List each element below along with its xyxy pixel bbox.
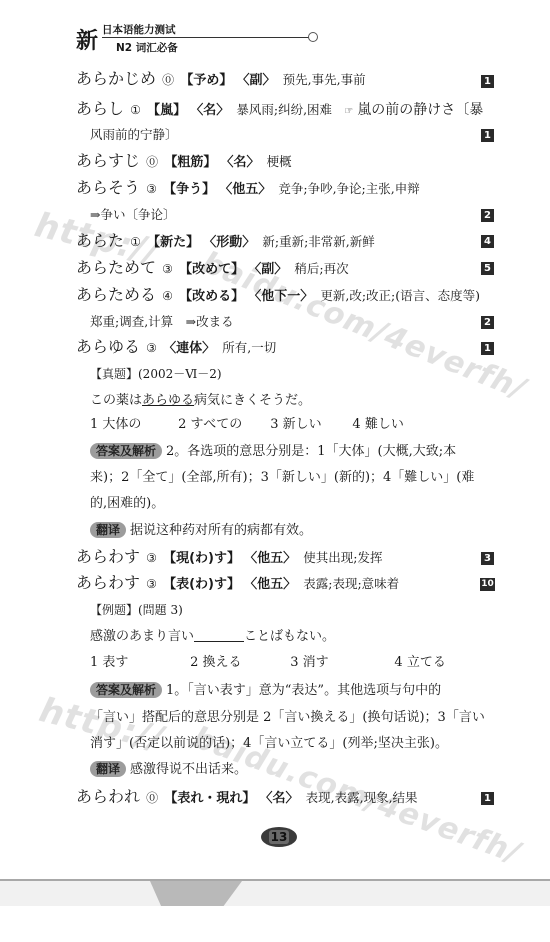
entry-araware: あらわれ ⓪ 【表れ・現れ】 〈名〉 表现,表露,现象,结果 <box>76 786 496 808</box>
part-of-speech: 〈形動〉 <box>203 235 255 250</box>
entry-arasuji: あらすじ ⓪ 【粗筋】 〈名〉 梗概 <box>76 150 496 172</box>
kanji: 【改める】 <box>179 289 244 304</box>
entry-arashi-continuation: 风雨前的宁静〕 <box>90 124 510 146</box>
level-badge: 5 <box>481 262 494 275</box>
headword: あらた <box>76 231 124 250</box>
headword: あらすじ <box>76 151 140 170</box>
entry-arasou-continuation: ⇒争い〔争论〕 <box>90 204 510 226</box>
answer-explanation-cont: 消す」(否定以前说的话)；4「言い立てる」(列举;坚决主张)。 <box>90 733 510 755</box>
part-of-speech: 〈他五〉 <box>244 551 296 566</box>
accent-mark: ① <box>130 103 141 117</box>
definition-continuation: 郑重;调查,计算 ⇒改まる <box>90 314 234 329</box>
sentence-part: 感激のあまり言い <box>90 629 194 644</box>
related-word: ⇒争い〔争论〕 <box>90 207 175 222</box>
level-badge: 10 <box>480 578 495 591</box>
entry-arayuru: あらゆる ③ 〈連体〉 所有,一切 <box>76 336 496 358</box>
accent-mark: ⓪ <box>146 791 158 805</box>
definition: 使其出现;发挥 <box>303 550 382 565</box>
header-xin: 新 <box>76 24 98 55</box>
translation: 翻译据说这种药对所有的病都有效。 <box>90 520 510 542</box>
kanji: 【現(わ)す】 <box>163 551 240 566</box>
kanji: 【粗筋】 <box>164 155 216 170</box>
accent-mark: ③ <box>146 551 157 565</box>
answer-explanation: 答案及解析2。各选项的意思分别是：1「大体」(大概,大致;本 <box>90 441 510 463</box>
answer-options: 1 大体の 2 すべての 3 新しい 4 難しい <box>90 414 510 436</box>
answer-options: 1 表す 2 換える 3 消す 4 立てる <box>90 652 510 674</box>
translation-tag: 翻译 <box>90 761 126 777</box>
example-question-label: 【例题】(問題 3) <box>90 599 510 621</box>
headword: あらそう <box>76 178 140 197</box>
accent-mark: ① <box>130 235 141 249</box>
translation-text: 感激得说不出话来。 <box>130 762 247 777</box>
book-title: N2 词汇必备 <box>116 40 178 55</box>
entry-arata: あらた ① 【新た】 〈形動〉 新;重新;非常新,新鲜 <box>76 230 496 252</box>
entry-aratameru-continuation: 郑重;调查,计算 ⇒改まる <box>90 311 510 333</box>
answer-blank <box>194 627 244 642</box>
accent-mark: ③ <box>146 341 157 355</box>
headword: あらし <box>76 99 124 118</box>
option-2: 2 すべての <box>178 414 266 436</box>
option-3: 3 消す <box>290 652 390 674</box>
definition: 稍后;再次 <box>294 261 348 276</box>
kanji: 【改めて】 <box>179 262 244 277</box>
part-of-speech: 〈連体〉 <box>163 341 215 356</box>
kanji: 【予め】 <box>180 73 232 88</box>
entry-arakajime: あらかじめ ⓪ 【予め】 〈副〉 预先,事先,事前 <box>76 68 496 90</box>
series-title: 日本语能力测试 <box>102 22 176 37</box>
sentence-part: 病気にきくそうだ。 <box>194 393 311 408</box>
definition: 更新,改;改正;(语言、态度等) <box>320 288 480 303</box>
translation-text: 据说这种药对所有的病都有效。 <box>130 523 312 538</box>
part-of-speech: 〈他五〉 <box>244 577 296 592</box>
part-of-speech: 〈副〉 <box>236 73 275 88</box>
explanation-text: 2。各选项的意思分别是：1「大体」(大概,大致;本 <box>166 444 456 459</box>
entry-arawasu-2: あらわす ③ 【表(わ)す】 〈他五〉 表露;表现;意味着 <box>76 572 496 594</box>
kanji: 【嵐】 <box>147 103 186 118</box>
definition: 梗概 <box>267 154 292 169</box>
answer-explanation: 答案及解析1。「言い表す」意为“表达”。其他选项与句中的 <box>90 680 510 702</box>
part-of-speech: 〈名〉 <box>220 155 259 170</box>
header-rule <box>102 37 312 38</box>
part-of-speech: 〈他下一〉 <box>248 289 313 304</box>
level-badge: 1 <box>481 342 494 355</box>
accent-mark: ③ <box>146 182 157 196</box>
level-badge: 2 <box>481 316 494 329</box>
headword: あらためて <box>76 258 156 277</box>
translation: 翻译感激得说不出话来。 <box>90 759 510 781</box>
level-badge: 2 <box>481 209 494 222</box>
translation-tag: 翻译 <box>90 522 126 538</box>
page-number: 13 <box>269 830 290 844</box>
entry-aratamete: あらためて ③ 【改めて】 〈副〉 稍后;再次 <box>76 257 496 279</box>
level-badge: 1 <box>481 75 494 88</box>
option-1: 1 表す <box>90 652 186 674</box>
entry-arawasu-1: あらわす ③ 【現(わ)す】 〈他五〉 使其出现;发挥 <box>76 546 496 568</box>
question-sentence: 感激のあまり言いことばもない。 <box>90 626 510 648</box>
level-badge: 1 <box>481 792 494 805</box>
definition: 竞争;争吵,争论;主张,申辩 <box>278 181 419 196</box>
option-4: 4 立てる <box>394 652 445 674</box>
option-4: 4 難しい <box>352 414 403 436</box>
option-2: 2 換える <box>190 652 286 674</box>
kanji: 【表(わ)す】 <box>163 577 240 592</box>
answer-explanation-cont: 的,困难的)。 <box>90 493 510 515</box>
accent-mark: ⓪ <box>146 155 158 169</box>
kanji: 【表れ・現れ】 <box>164 791 255 806</box>
question-sentence: この薬はあらゆる病気にきくそうだ。 <box>90 390 510 412</box>
answer-tag: 答案及解析 <box>90 682 162 698</box>
headword: あらわす <box>76 573 140 592</box>
answer-tag: 答案及解析 <box>90 443 162 459</box>
entry-arasou: あらそう ③ 【争う】 〈他五〉 竞争;争吵,争论;主张,申辩 <box>76 177 496 199</box>
definition: 暴风雨;纠纷,困难 <box>236 102 332 117</box>
option-1: 1 大体の <box>90 414 174 436</box>
accent-mark: ⓪ <box>162 73 174 87</box>
definition: 表露;表现;意味着 <box>303 576 399 591</box>
explanation-text: 1。「言い表す」意为“表达”。其他选项与句中的 <box>166 683 441 698</box>
underlined-word: あらゆる <box>142 393 194 408</box>
headword: あらためる <box>76 285 156 304</box>
definition: 表现,表露,现象,结果 <box>306 790 418 805</box>
entry-arashi: あらし ① 【嵐】 〈名〉 暴风雨;纠纷,困难 ☞ 嵐の前の静けさ〔暴 <box>76 98 496 120</box>
part-of-speech: 〈副〉 <box>248 262 287 277</box>
accent-mark: ④ <box>162 289 173 303</box>
headword: あらゆる <box>76 337 140 356</box>
part-of-speech: 〈名〉 <box>190 103 229 118</box>
part-of-speech: 〈他五〉 <box>219 182 271 197</box>
book-page: 新 日本语能力测试 N2 词汇必备 http:// baidu.com/4eve… <box>0 0 550 942</box>
definition: 所有,一切 <box>222 340 276 355</box>
example-phrase: 嵐の前の静けさ〔暴 <box>357 102 483 118</box>
header-rule-end-icon <box>308 32 318 42</box>
part-of-speech: 〈名〉 <box>259 791 298 806</box>
example-pointer-icon: ☞ <box>344 106 353 117</box>
level-badge: 4 <box>481 235 494 248</box>
kanji: 【争う】 <box>163 182 215 197</box>
level-badge: 1 <box>481 129 494 142</box>
kanji: 【新た】 <box>147 235 199 250</box>
accent-mark: ③ <box>162 262 173 276</box>
headword: あらわす <box>76 547 140 566</box>
sentence-part: ことばもない。 <box>244 629 335 644</box>
definition-continuation: 风雨前的宁静〕 <box>90 127 178 142</box>
level-badge: 3 <box>481 552 494 565</box>
headword: あらわれ <box>76 787 140 806</box>
page-number-badge: 13 <box>261 827 297 847</box>
answer-explanation-cont: 来)；2「全て」(全部,所有)；3「新しい」(新的)；4「難しい」(难 <box>90 467 510 489</box>
option-3: 3 新しい <box>270 414 348 436</box>
definition: 新;重新;非常新,新鲜 <box>262 234 374 249</box>
definition: 预先,事先,事前 <box>283 72 366 87</box>
entry-aratameru: あらためる ④ 【改める】 〈他下一〉 更新,改;改正;(语言、态度等) <box>76 284 496 306</box>
exam-question-label: 【真题】(2002－Ⅵ－2) <box>90 363 510 385</box>
headword: あらかじめ <box>76 69 156 88</box>
footer-band <box>0 881 550 906</box>
accent-mark: ③ <box>146 577 157 591</box>
sentence-part: この薬は <box>90 393 142 408</box>
answer-explanation-cont: 「言い」搭配后的意思分别是 2「言い換える」(换句话说)；3「言い <box>90 707 510 729</box>
